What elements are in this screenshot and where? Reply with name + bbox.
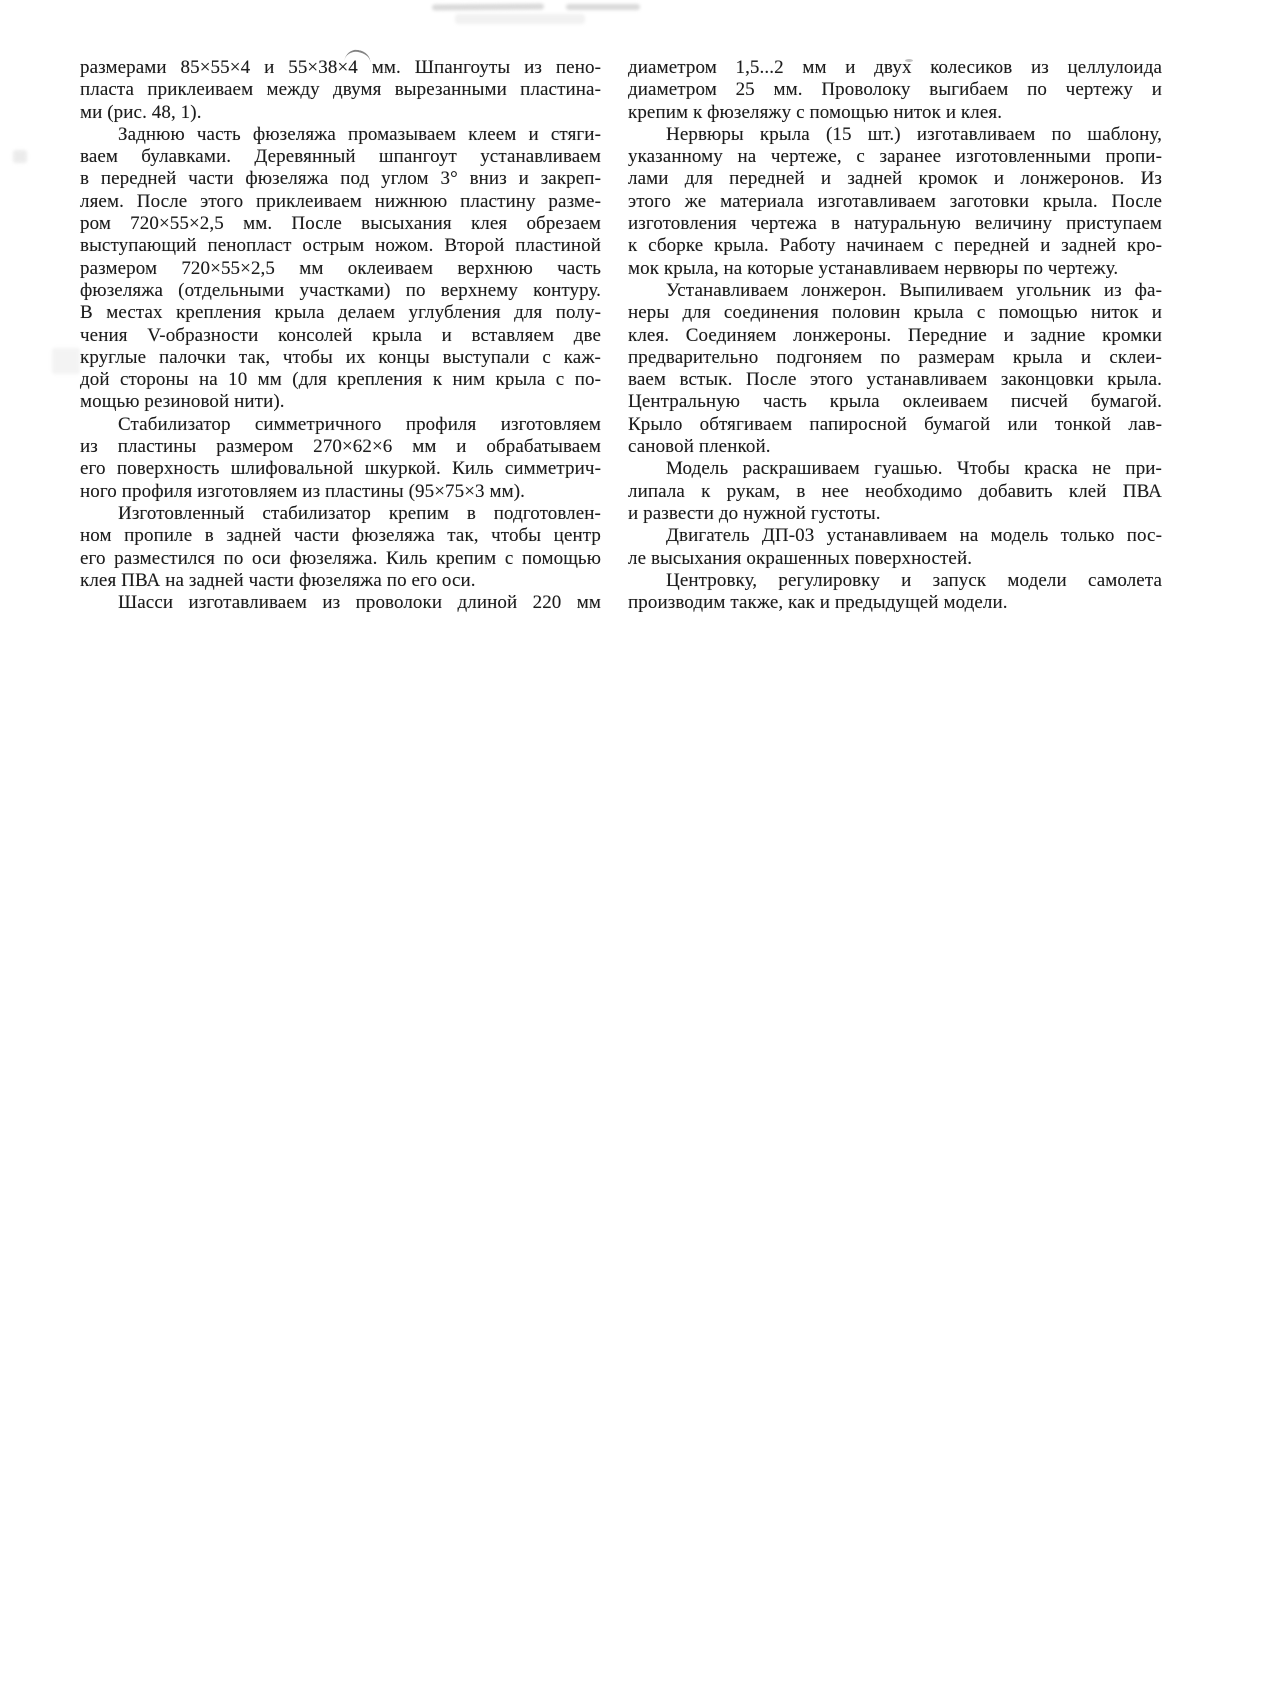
text-line: производим также, как и предыдущей модел… (628, 592, 1162, 614)
text-line: ми (рис. 48, 1). (80, 102, 601, 124)
text-line: Модель раскрашиваем гуашью. Чтобы краска… (628, 458, 1162, 480)
text-line: крепим к фюзеляжу с помощью ниток и клея… (628, 102, 1162, 124)
text-line: Нервюры крыла (15 шт.) изготавливаем по … (628, 124, 1162, 146)
scan-smudge (52, 348, 80, 374)
text-line: мощью резиновой нити). (80, 391, 601, 413)
text-line: изготовления чертежа в натуральную велич… (628, 213, 1162, 235)
text-line: Изготовленный стабилизатор крепим в подг… (80, 503, 601, 525)
text-line: ле высыхания окрашенных поверхностей. (628, 548, 1162, 570)
text-line: В местах крепления крыла делаем углублен… (80, 302, 601, 324)
paragraph: Нервюры крыла (15 шт.) изготавливаем по … (628, 124, 1162, 280)
text-line: ляем. После этого приклеиваем нижнюю пла… (80, 191, 601, 213)
scan-smudge (566, 4, 640, 10)
text-line: ваем булавками. Деревянный шпангоут уста… (80, 146, 601, 168)
text-line: его поверхность шлифовальной шкуркой. Ки… (80, 458, 601, 480)
paragraph: Центровку, регулировку и запуск модели с… (628, 570, 1162, 615)
text-line: его разместился по оси фюзеляжа. Киль кр… (80, 548, 601, 570)
paragraph: Шасси изготавливаем из проволоки длиной … (80, 592, 601, 614)
text-line: ного профиля изготовляем из пластины (95… (80, 481, 601, 503)
paragraph: Стабилизатор симметричного профиля изгот… (80, 414, 601, 503)
paragraph: Изготовленный стабилизатор крепим в подг… (80, 503, 601, 592)
scan-smudge (13, 150, 27, 163)
text-line: Устанавливаем лонжерон. Выпиливаем уголь… (628, 280, 1162, 302)
scan-smudge (455, 14, 585, 24)
scan-smudge (432, 4, 544, 11)
text-line: указанному на чертеже, с заранее изготов… (628, 146, 1162, 168)
text-line: выступающий пенопласт острым ножом. Втор… (80, 235, 601, 257)
text-line: предварительно подгоняем по размерам кры… (628, 347, 1162, 369)
text-column-right: диаметром 1,5...2 мм и двух колесиков из… (628, 57, 1162, 614)
text-line: Стабилизатор симметричного профиля изгот… (80, 414, 601, 436)
paragraph: диаметром 1,5...2 мм и двух колесиков из… (628, 57, 1162, 124)
text-line: и развести до нужной густоты. (628, 503, 1162, 525)
text-line: сановой пленкой. (628, 436, 1162, 458)
text-line: этого же материала изготавливаем заготов… (628, 191, 1162, 213)
text-line: неры для соединения половин крыла с помо… (628, 302, 1162, 324)
text-line: Центровку, регулировку и запуск модели с… (628, 570, 1162, 592)
text-line: клея ПВА на задней части фюзеляжа по его… (80, 570, 601, 592)
text-column-left: размерами 85×55×4 и 55×38×4 мм. Шпангоут… (80, 57, 601, 614)
paragraph: размерами 85×55×4 и 55×38×4 мм. Шпангоут… (80, 57, 601, 124)
scanned-page: размерами 85×55×4 и 55×38×4 мм. Шпангоут… (0, 0, 1276, 1692)
text-line: чения V-образности консолей крыла и вста… (80, 325, 601, 347)
paragraph: Двигатель ДП-03 устанавливаем на модель … (628, 525, 1162, 570)
text-line: дой стороны на 10 мм (для крепления к ни… (80, 369, 601, 391)
text-line: клея. Соединяем лонжероны. Передние и за… (628, 325, 1162, 347)
text-line: пласта приклеиваем между двумя вырезанны… (80, 79, 601, 101)
text-line: Центральную часть крыла оклеиваем писчей… (628, 391, 1162, 413)
text-line: размером 720×55×2,5 мм оклеиваем верхнюю… (80, 258, 601, 280)
text-line: диаметром 25 мм. Проволоку выгибаем по ч… (628, 79, 1162, 101)
text-line: Заднюю часть фюзеляжа промазываем клеем … (80, 124, 601, 146)
paragraph: Заднюю часть фюзеляжа промазываем клеем … (80, 124, 601, 414)
paragraph: Модель раскрашиваем гуашью. Чтобы краска… (628, 458, 1162, 525)
text-line: Шасси изготавливаем из проволоки длиной … (80, 592, 601, 614)
paragraph: Устанавливаем лонжерон. Выпиливаем уголь… (628, 280, 1162, 458)
text-line: ном пропиле в задней части фюзеляжа так,… (80, 525, 601, 547)
text-line: липала к рукам, в нее необходимо добавит… (628, 481, 1162, 503)
text-line: из пластины размером 270×62×6 мм и обраб… (80, 436, 601, 458)
text-line: диаметром 1,5...2 мм и двух колесиков из… (628, 57, 1162, 79)
text-line: ром 720×55×2,5 мм. После высыхания клея … (80, 213, 601, 235)
text-line: лами для передней и задней кромок и лонж… (628, 168, 1162, 190)
text-line: ваем встык. После этого устанавливаем за… (628, 369, 1162, 391)
text-line: круглые палочки так, чтобы их концы выст… (80, 347, 601, 369)
text-line: к сборке крыла. Работу начинаем с передн… (628, 235, 1162, 257)
text-line: Двигатель ДП-03 устанавливаем на модель … (628, 525, 1162, 547)
text-line: размерами 85×55×4 и 55×38×4 мм. Шпангоут… (80, 57, 601, 79)
text-line: Крыло обтягиваем папиросной бумагой или … (628, 414, 1162, 436)
text-line: мок крыла, на которые устанавливаем нерв… (628, 258, 1162, 280)
text-line: в передней части фюзеляжа под углом 3° в… (80, 168, 601, 190)
text-line: фюзеляжа (отдельными участками) по верхн… (80, 280, 601, 302)
text-block: размерами 85×55×4 и 55×38×4 мм. Шпангоут… (80, 57, 1162, 614)
